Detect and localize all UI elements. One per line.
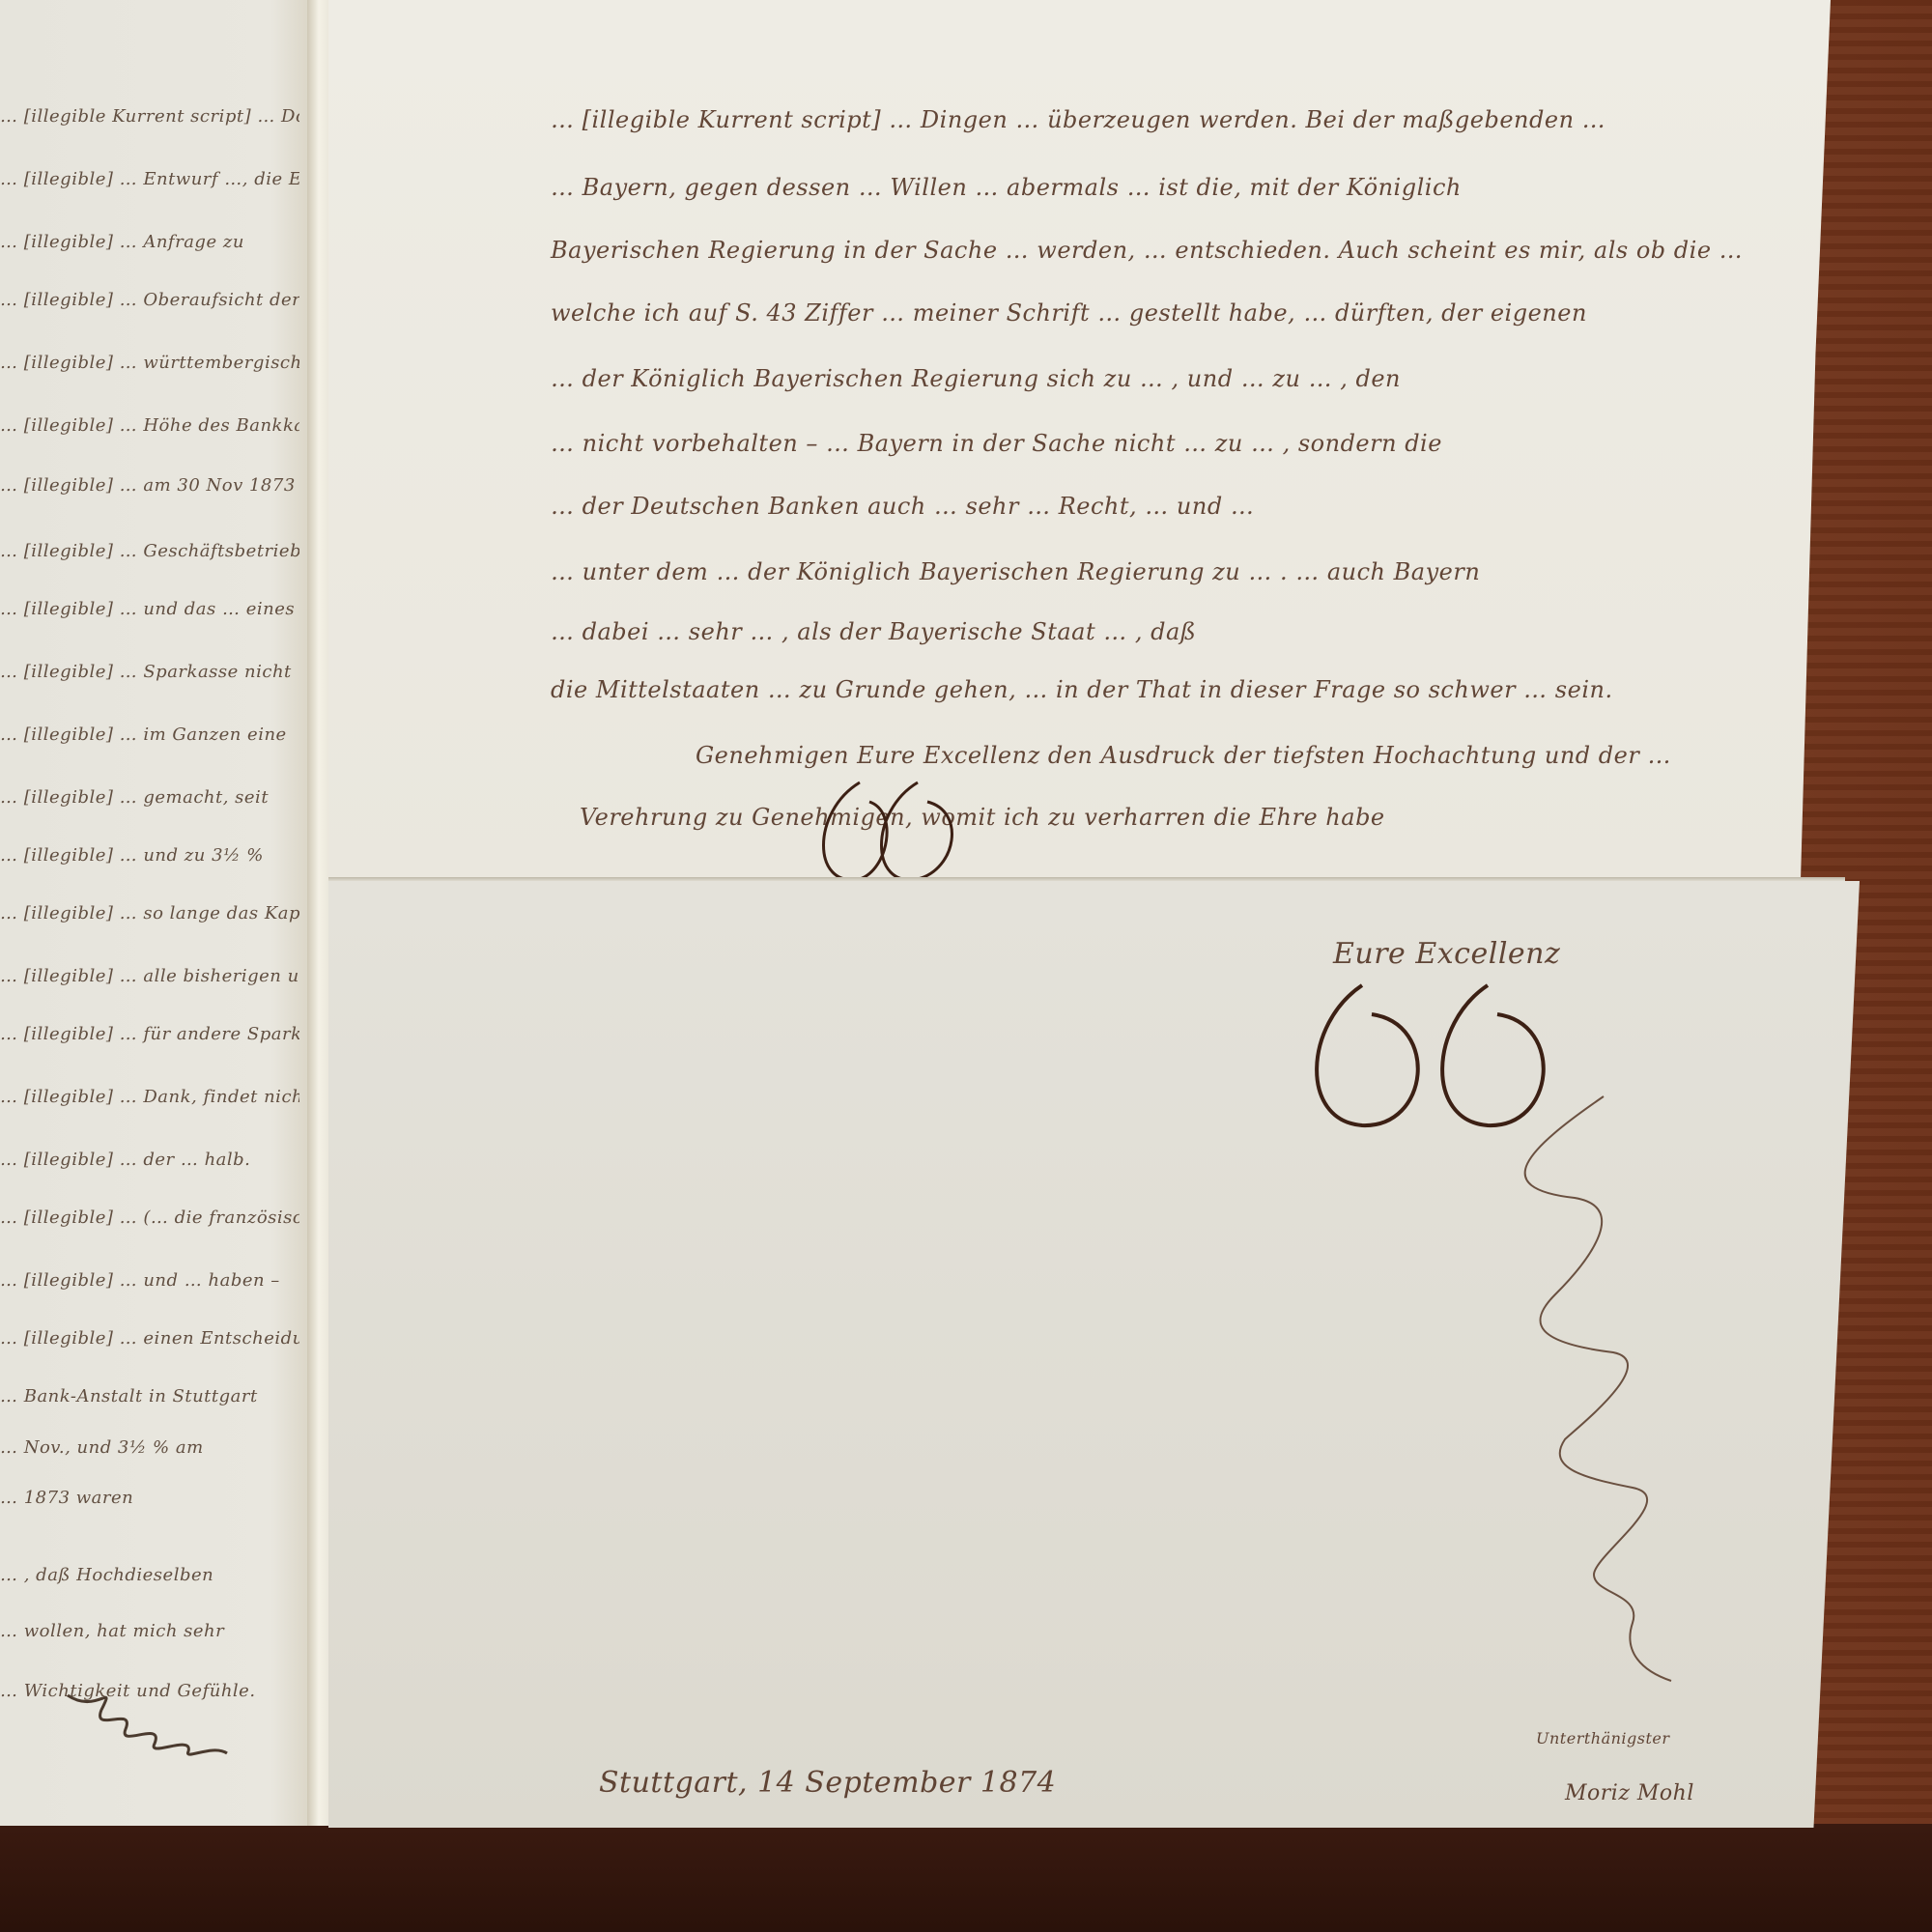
left-page-line: … Nov., und 3½ % am — [0, 1437, 299, 1458]
place-and-date: Stuttgart, 14 September 1874 — [599, 1766, 1056, 1800]
left-page-line: … [illegible] … Geschäftsbetrieb, — [0, 541, 299, 561]
left-page-line: … Bank-Anstalt in Stuttgart — [0, 1386, 299, 1406]
signature-prefix: Unterthänigster — [1536, 1729, 1670, 1747]
left-page-line: … [illegible] … gemacht, seit — [0, 787, 299, 808]
left-page-line: … [illegible] … im Ganzen eine — [0, 724, 299, 745]
signature-name: Moriz Mohl — [1565, 1781, 1694, 1805]
left-page-line: … [illegible] … Anfrage zu — [0, 232, 299, 252]
right-page-body-line: … [illegible Kurrent script] … Dingen … … — [551, 106, 1605, 133]
left-page-line: … [illegible] … so lange das Kapital — [0, 903, 299, 923]
left-page-line: … [illegible] … und … haben – — [0, 1270, 299, 1291]
left-page-line: … [illegible Kurrent script] … Dokument — [0, 106, 299, 127]
left-page-line: … [illegible] … Höhe des Bankkapitals — [0, 415, 299, 436]
left-page-line: … [illegible] … Sparkasse nicht — [0, 662, 299, 682]
right-page-body-line: die Mittelstaaten … zu Grunde gehen, … i… — [551, 676, 1613, 703]
left-page-line: … [illegible] … der … halb. — [0, 1150, 299, 1170]
left-page-line: … wollen, hat mich sehr — [0, 1621, 299, 1641]
left-page-line: … 1873 waren — [0, 1488, 299, 1508]
left-page-line: … [illegible] … (… die französische — [0, 1207, 299, 1228]
wavy-line-flourish-icon — [1468, 1092, 1681, 1690]
left-page-line: … [illegible] … Dank, findet nicht statt — [0, 1087, 299, 1107]
left-page-line: … [illegible] … und zu 3½ % — [0, 845, 299, 866]
right-page-body-line: … dabei … sehr … , als der Bayerische St… — [551, 618, 1196, 645]
right-page-body-line: … unter dem … der Königlich Bayerischen … — [551, 558, 1480, 585]
left-page-line: … [illegible] … Entwurf …, die Empfehlun… — [0, 169, 299, 189]
left-page-line: … [illegible] … Oberaufsicht der Bank — [0, 290, 299, 310]
right-page-body-line: welche ich auf S. 43 Ziffer … meiner Sch… — [551, 299, 1587, 327]
right-page-body-line: … nicht vorbehalten – … Bayern in der Sa… — [551, 430, 1442, 457]
right-page-body-line: Bayerischen Regierung in der Sache … wer… — [551, 237, 1743, 264]
closing-paraph-icon — [58, 1676, 251, 1763]
table-edge-shadow — [0, 1824, 1932, 1932]
left-page-line: … , daß Hochdieselben — [0, 1565, 299, 1585]
right-page-body-line: … der Königlich Bayerischen Regierung si… — [551, 365, 1401, 392]
left-page-line: … [illegible] … für andere Sparkassen — [0, 1024, 299, 1044]
right-page-body-line: … der Deutschen Banken auch … sehr … Rec… — [551, 493, 1254, 520]
left-page: … [illegible Kurrent script] … Dokument…… — [0, 0, 319, 1826]
left-page-line: … [illegible] … und das … eines — [0, 599, 299, 619]
right-page-body-line: … Bayern, gegen dessen … Willen … aberma… — [551, 174, 1462, 201]
left-page-line: … [illegible] … alle bisherigen und künf… — [0, 966, 299, 986]
left-page-line: … [illegible] … württembergische — [0, 353, 299, 373]
closing-formula-line: Genehmigen Eure Excellenz den Ausdruck d… — [696, 742, 1671, 769]
left-page-line: … [illegible] … einen Entscheidung — [0, 1328, 299, 1349]
left-page-line: … [illegible] … am 30 Nov 1873 — [0, 475, 299, 496]
